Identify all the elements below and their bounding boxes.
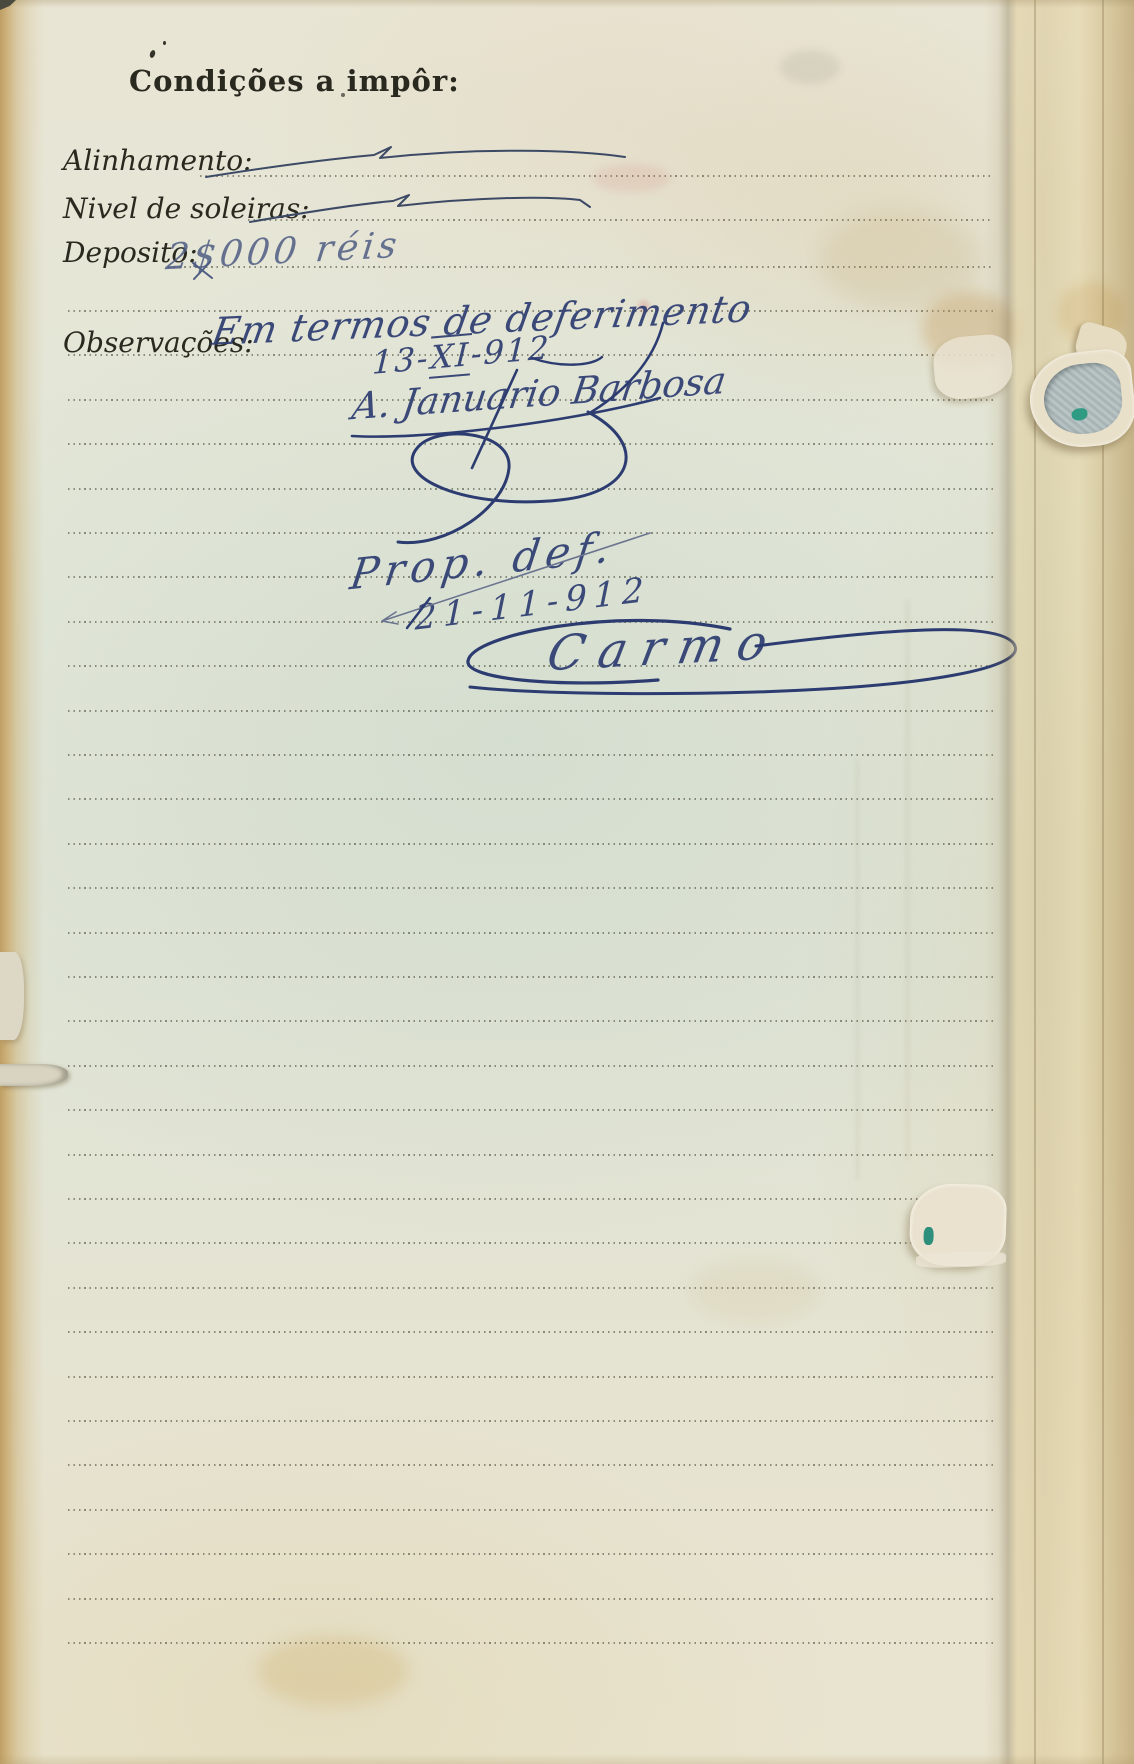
date1-year: -912 xyxy=(470,328,552,373)
torn-paper-piece xyxy=(931,333,1014,402)
label-alinhamento: Alinhamento: xyxy=(63,144,253,177)
date1-day: 13- xyxy=(371,339,430,382)
handwriting-signature-2: Carmo xyxy=(543,614,786,683)
ruled-line xyxy=(68,1553,993,1555)
paper-crease xyxy=(906,600,909,1160)
handwriting-deposito-value: 2$000 réis xyxy=(164,225,403,279)
torn-hole-right xyxy=(1025,347,1134,452)
ruled-line xyxy=(68,1420,993,1422)
pink-smudge xyxy=(592,164,670,192)
ink-speck xyxy=(149,49,156,58)
corner-mark xyxy=(0,0,16,10)
ruled-line xyxy=(68,887,993,889)
paper-crease xyxy=(856,760,859,1180)
label-nivel-soleiras: Nivel de soleiras: xyxy=(63,192,310,225)
ruled-line xyxy=(68,1376,993,1378)
ruled-line xyxy=(68,488,993,490)
form-title: Condições a impôr: xyxy=(129,64,460,98)
page-edge-top xyxy=(0,0,1134,8)
ruled-line xyxy=(68,976,993,978)
ruled-line xyxy=(68,1331,993,1333)
ruled-line xyxy=(68,1154,993,1156)
edge-crease xyxy=(1102,0,1104,1764)
stain xyxy=(780,50,840,84)
ruled-line xyxy=(68,1109,993,1111)
ruled-line xyxy=(200,175,993,177)
ruled-line xyxy=(68,665,993,667)
torn-paper-band xyxy=(916,1250,1006,1268)
ruled-line xyxy=(68,1509,993,1511)
ruled-line xyxy=(68,843,993,845)
teal-fleck xyxy=(923,1227,934,1245)
ruled-line xyxy=(68,443,993,445)
ruled-line xyxy=(68,1464,993,1466)
ruled-line xyxy=(68,932,993,934)
ruled-line xyxy=(68,1242,993,1244)
pen-stroke-alinhamento xyxy=(206,147,625,177)
ruled-line xyxy=(68,1065,993,1067)
ruled-line xyxy=(68,754,993,756)
stain xyxy=(690,1262,820,1322)
ruled-line xyxy=(68,1598,993,1600)
pen-stroke-rubric-loops xyxy=(398,412,626,543)
ruled-line xyxy=(68,1198,993,1200)
ruled-line xyxy=(68,710,993,712)
ink-speck xyxy=(163,41,166,45)
stain xyxy=(820,210,980,310)
page-edge-right xyxy=(984,0,1134,1764)
date1-month-roman: XI xyxy=(429,333,472,379)
ruled-line xyxy=(248,219,993,221)
ruled-line xyxy=(68,1020,993,1022)
tape-left-lower xyxy=(0,1064,68,1086)
binding-cloth xyxy=(1040,360,1125,438)
edge-crease xyxy=(1034,0,1036,1764)
document-page: Condições a impôr: Alinhamento: Nivel de… xyxy=(0,0,1134,1764)
ruled-line xyxy=(68,798,993,800)
binding-edge xyxy=(0,0,44,1764)
ruled-line xyxy=(68,1642,993,1644)
stain xyxy=(258,1636,408,1706)
tape-left xyxy=(0,952,24,1040)
ruled-line xyxy=(68,1287,993,1289)
teal-fleck xyxy=(1071,408,1088,422)
page-edge-bottom xyxy=(0,1754,1134,1764)
